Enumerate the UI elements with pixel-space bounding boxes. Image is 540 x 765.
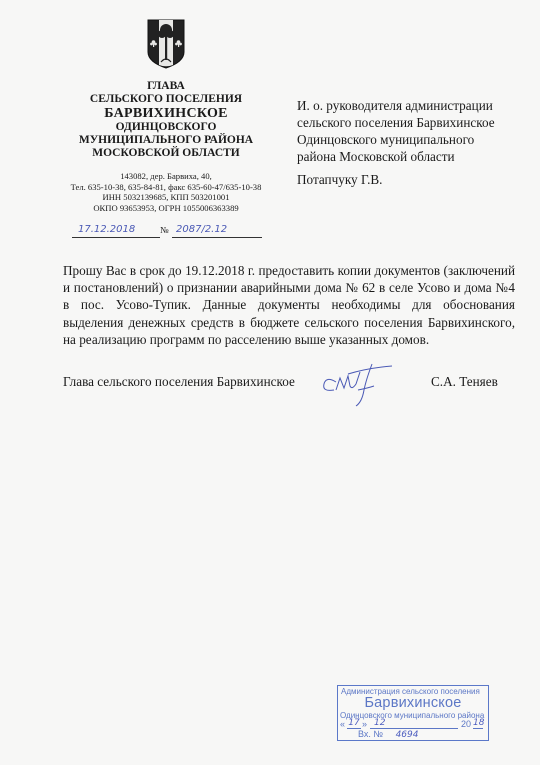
letterhead-line: ОДИНЦОВСКОГО <box>40 121 292 134</box>
letterhead-line: МУНИЦИПАЛЬНОГО РАЙОНА <box>40 134 292 147</box>
stamp-incoming-row: Вх. № 4694 <box>358 729 450 741</box>
body-line: и постановлений) о признании аварийными … <box>63 279 515 296</box>
outgoing-number-field: 2087/2.12 <box>172 224 264 238</box>
addressee-line: Одинцовского муниципального <box>297 131 527 148</box>
date-underline <box>72 237 160 238</box>
recipient-name: Потапчуку Г.В. <box>297 172 382 188</box>
addressee-line: района Московской области <box>297 148 527 165</box>
contact-inn-kpp: ИНН 5032139685, КПП 503201001 <box>40 192 292 203</box>
body-line: в пос. Усово-Тупик. Данные документы нео… <box>63 296 515 313</box>
addressee-block: И. о. руководителя администрации сельско… <box>297 97 527 165</box>
letterhead-contacts: 143082, дер. Барвиха, 40, Тел. 635-10-38… <box>40 171 292 213</box>
letterhead-line: МОСКОВСКОЙ ОБЛАСТИ <box>40 147 292 160</box>
addressee-line: сельского поселения Барвихинское <box>297 114 527 131</box>
incoming-stamp: Администрация сельского поселения Барвих… <box>337 685 489 741</box>
letterhead-line: БАРВИХИНСКОЕ <box>40 106 292 121</box>
signatory-title: Глава сельского поселения Барвихинское <box>63 374 295 390</box>
number-underline <box>172 237 262 238</box>
stamp-day: 17 <box>347 718 361 729</box>
stamp-month: 12 <box>370 718 458 729</box>
signatory-name: С.А. Теняев <box>431 374 498 390</box>
contact-address: 143082, дер. Барвиха, 40, <box>40 171 292 182</box>
body-line: выделения денежных средств в бюджете сел… <box>63 314 515 331</box>
body-line: Прошу Вас в срок до 19.12.2018 г. предос… <box>63 262 515 279</box>
letterhead-line: СЕЛЬСКОГО ПОСЕЛЕНИЯ <box>40 93 292 106</box>
stamp-year-prefix: 20 <box>461 719 471 729</box>
number-label: № <box>160 225 169 239</box>
contact-okpo-ogrn: ОКПО 93653953, ОГРН 1055006363389 <box>40 203 292 214</box>
coat-of-arms-icon <box>146 18 186 70</box>
letterhead-title: ГЛАВА СЕЛЬСКОГО ПОСЕЛЕНИЯ БАРВИХИНСКОЕ О… <box>40 80 292 160</box>
outgoing-date-field: 17.12.2018 <box>72 224 162 238</box>
stamp-incoming-number: 4694 <box>386 730 450 741</box>
body-line: на реализацию программ по расселению выш… <box>63 331 515 348</box>
contact-phones: Тел. 635-10-38, 635-84-81, факс 635-60-4… <box>40 182 292 193</box>
stamp-incoming-label: Вх. № <box>358 729 383 739</box>
stamp-year-suffix: 18 <box>473 718 483 729</box>
handwritten-signature <box>318 360 398 408</box>
letterhead-line: ГЛАВА <box>40 80 292 93</box>
addressee-line: И. о. руководителя администрации <box>297 97 527 114</box>
stamp-org-name: Барвихинское <box>338 695 488 711</box>
outgoing-number: 2087/2.12 <box>176 224 227 235</box>
letter-body: Прошу Вас в срок до 19.12.2018 г. предос… <box>63 262 515 348</box>
outgoing-date: 17.12.2018 <box>78 224 135 235</box>
